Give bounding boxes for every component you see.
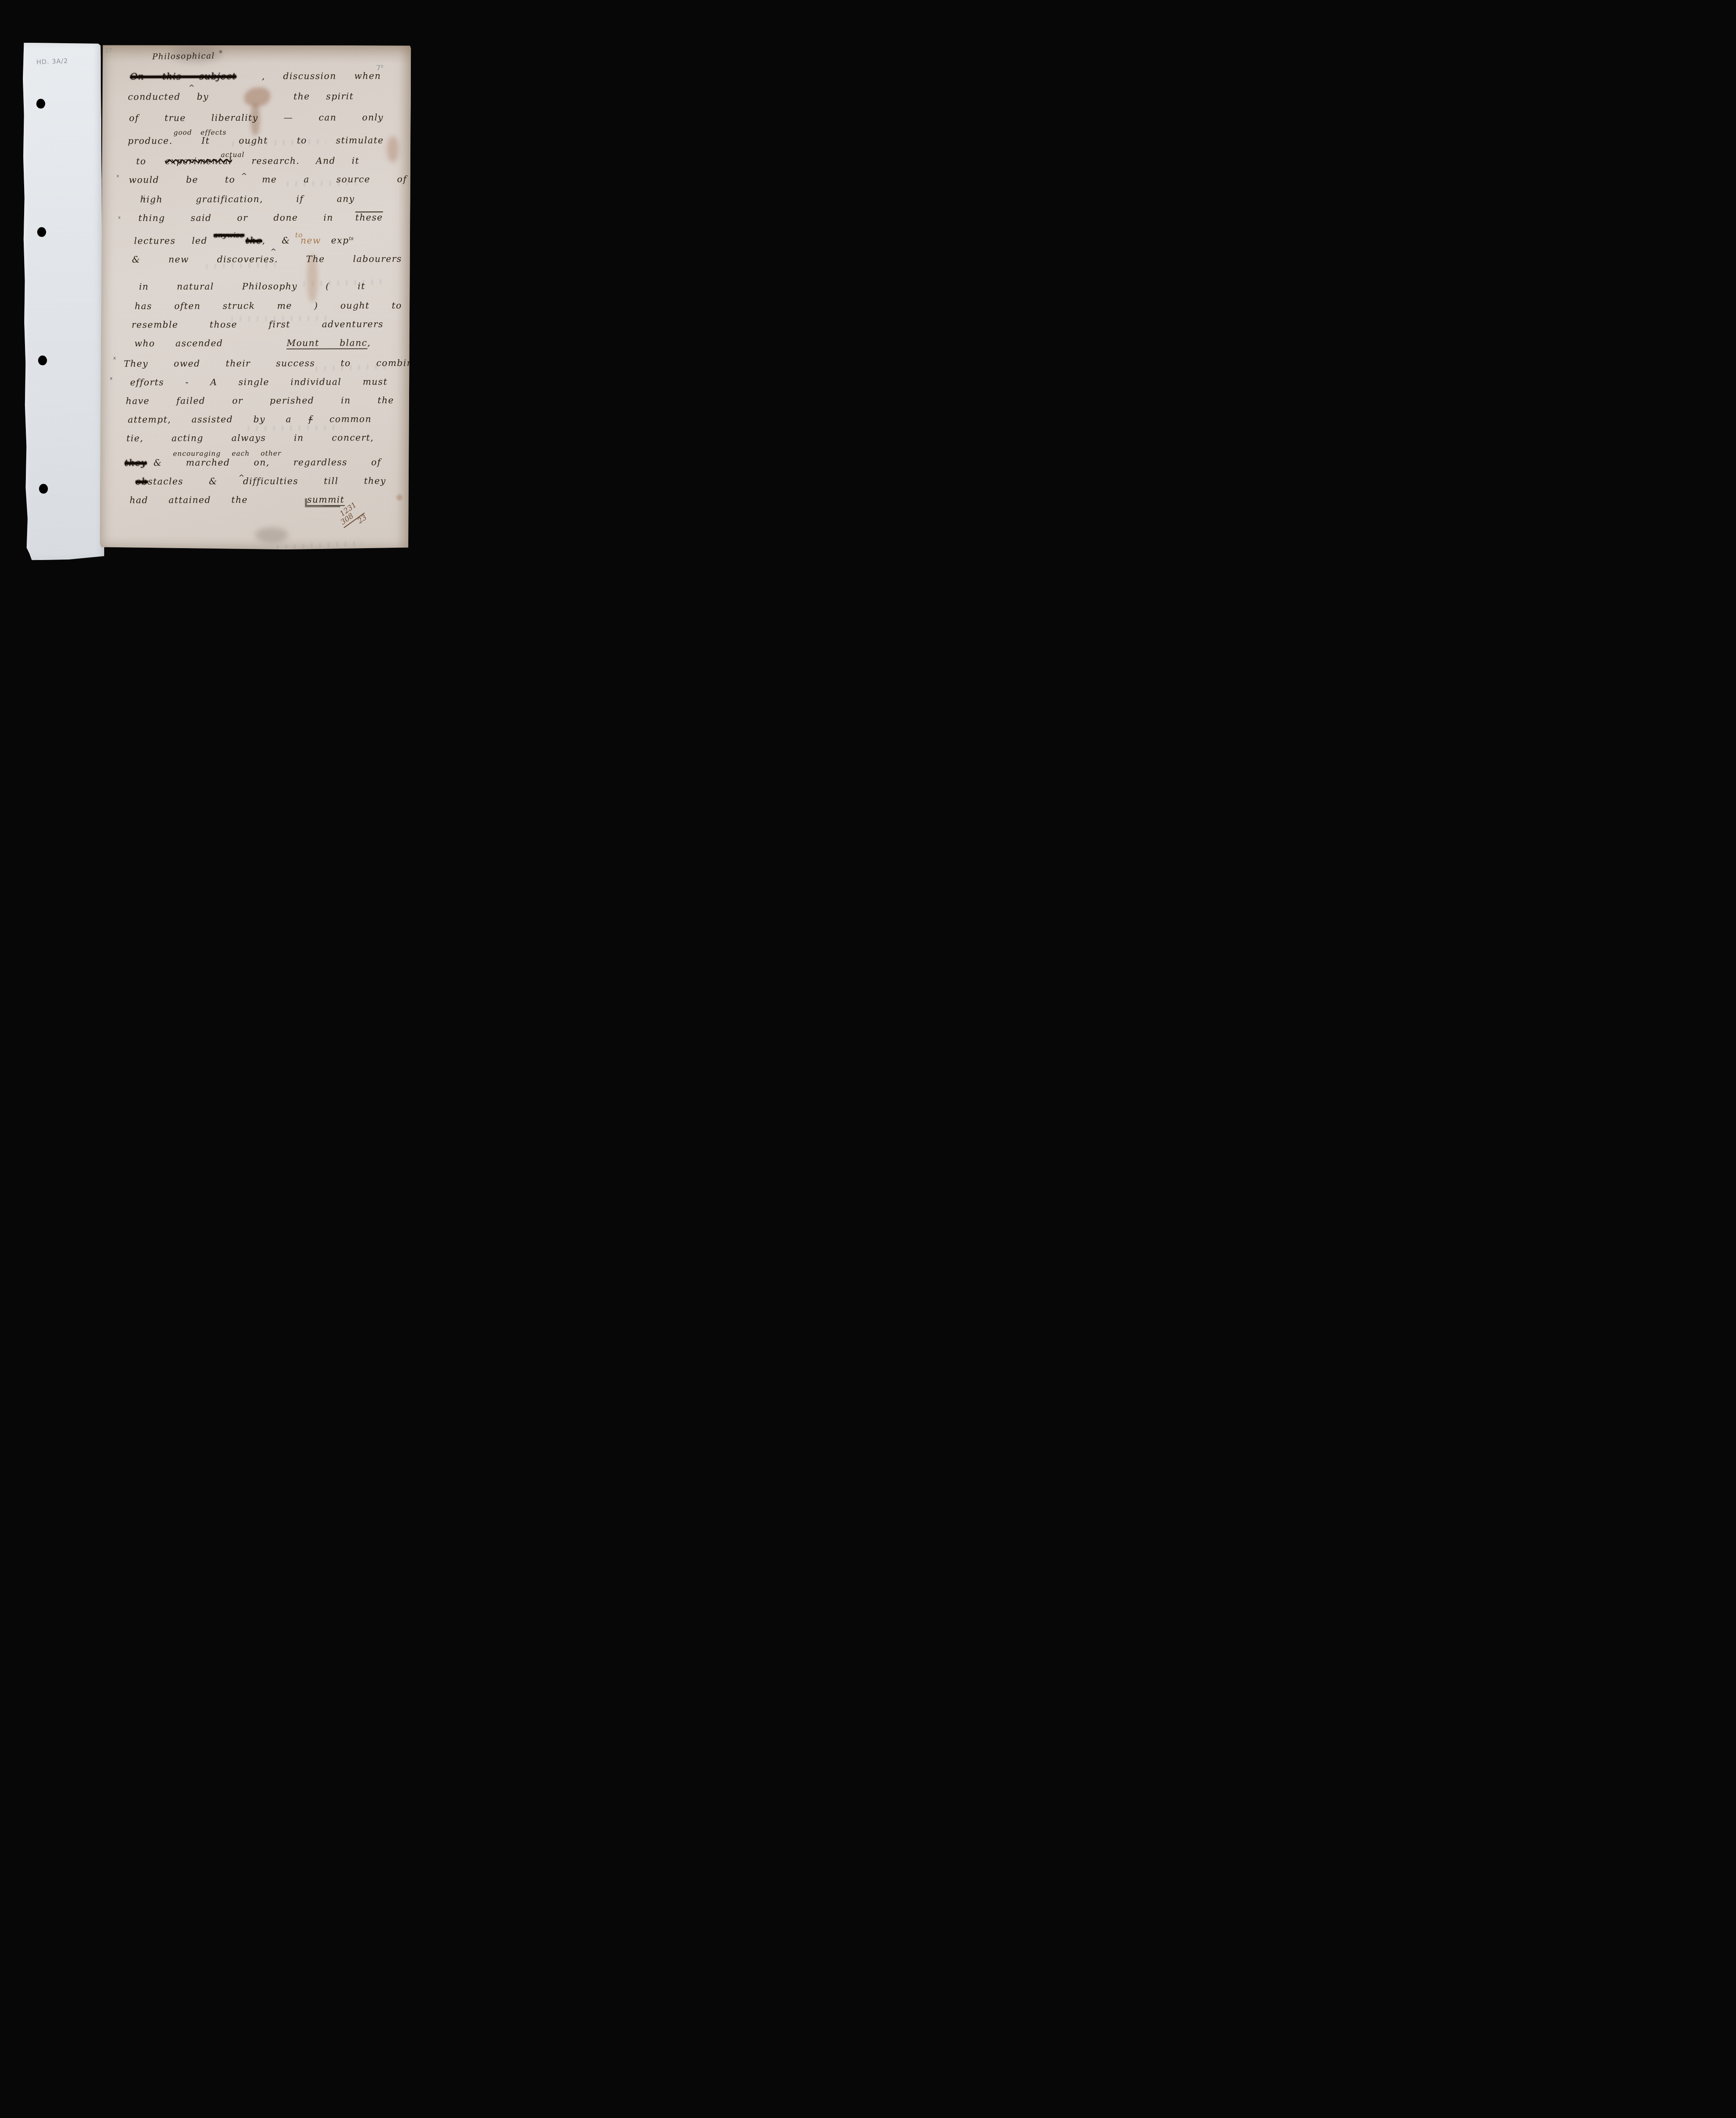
heading-text: Philosophical <box>152 51 215 61</box>
handwritten-line: thing said or done inthese <box>138 212 383 223</box>
handwritten-line: who ascendedMount blanc, <box>134 338 371 348</box>
stain <box>396 494 402 500</box>
line-text: who ascended <box>134 338 223 349</box>
handwritten-line: resemble those first adventurers <box>132 319 384 330</box>
handwritten-line: have failed or perished in the <box>126 395 394 406</box>
margin-tick: x <box>116 174 119 179</box>
overlined-text: these <box>355 212 383 222</box>
line-text: , <box>367 338 371 348</box>
handwritten-line: of true liberality — can only <box>129 112 384 123</box>
line-text: thing said or done in <box>138 213 333 223</box>
line-text: has often struck me ) ought to <box>135 300 402 311</box>
line-text: , discussion when <box>262 71 381 81</box>
underlined-text: summit <box>307 494 344 506</box>
pencil-folio-superscript: 0 <box>381 64 383 69</box>
line-text: encouraging each other <box>173 449 281 457</box>
line-text: attempt, assisted by a <box>128 414 292 425</box>
line-text: stacles & difficulties till they <box>148 476 386 486</box>
page-heading: Philosophical <box>152 51 215 61</box>
handwritten-line: obstacles & difficulties till they <box>136 476 386 487</box>
manuscript-page: 17 70 + x x x x Philosophical On this su… <box>100 44 411 550</box>
top-edge-dirt <box>102 44 411 64</box>
struck-text: f <box>309 414 313 424</box>
line-text: produce. It ought to stimulate <box>128 135 384 146</box>
underlined-text: Mount blanc <box>287 338 368 349</box>
stain <box>219 50 222 53</box>
line-text: high gratification, if any <box>140 194 355 204</box>
line-text: had attained the <box>130 495 248 505</box>
line-text: efforts - A single individual must <box>130 377 388 388</box>
handwritten-line: has often struck me ) ought to <box>135 300 402 311</box>
handwritten-line: had attained thesummit <box>130 494 345 505</box>
punch-hole <box>38 355 47 365</box>
handwritten-line: attempt, assisted by afcommon <box>128 414 372 425</box>
stain <box>387 136 399 162</box>
handwritten-line: lectures ledthe, &newexpts <box>134 235 354 246</box>
line-text: to <box>136 156 146 166</box>
handwritten-line: conducted bythe spirit <box>128 91 354 102</box>
right-edge-dirt <box>396 45 411 550</box>
line-text: resemble those first adventurers <box>132 319 384 330</box>
punch-hole <box>37 227 46 237</box>
handwritten-line: efforts - A single individual must <box>130 377 388 388</box>
line-text: of true liberality — can only <box>129 112 384 123</box>
margin-tick: x <box>110 376 113 381</box>
handwritten-line: they& marched on, regardless of <box>125 457 381 468</box>
line-text: would be to me a source of <box>129 174 407 185</box>
margin-tick: x <box>113 355 116 361</box>
line-text: conducted by <box>128 91 209 102</box>
line-text: , & <box>262 236 291 246</box>
struck-text: they <box>125 458 147 468</box>
show-through-writing <box>273 541 362 550</box>
handwritten-line: toexperimentalresearch. And it <box>136 155 359 166</box>
struck-text: the <box>246 236 262 246</box>
punch-hole <box>39 484 48 493</box>
struck-text: ob <box>136 477 148 487</box>
handwritten-line: in natural Philosophy ( it <box>139 281 365 291</box>
margin-tick: x <box>118 216 121 220</box>
line-text: & new discoveries. The labourers <box>132 254 402 265</box>
faded-text: new <box>300 236 321 246</box>
struck-text: On this subject <box>130 71 236 82</box>
handwritten-line: On this subject, discussion when <box>130 71 381 82</box>
line-text: lectures led <box>134 236 208 246</box>
show-through-writing <box>244 425 342 431</box>
handwritten-line: & new discoveries. The labourers <box>132 254 402 265</box>
manuscript-photograph: HD. 3A/2 17 70 + x x x x <box>0 0 434 588</box>
superscript-text: ts <box>349 235 354 241</box>
line-text: tie, acting always in concert, <box>127 432 374 444</box>
handwritten-line: tie, acting always in concert, <box>127 432 374 444</box>
archival-reference-label: HD. 3A/2 <box>36 57 68 66</box>
handwritten-line: high gratification, if any <box>140 194 355 204</box>
insertion-caret: ^ <box>188 83 194 92</box>
line-text: have failed or perished in the <box>126 395 394 406</box>
archival-paper-strip: HD. 3A/2 <box>22 42 105 560</box>
pencil-page-number: 17 <box>105 47 113 54</box>
line-text: common <box>329 414 371 424</box>
line-text: research. And it <box>252 155 360 166</box>
line-text: exp <box>331 235 349 245</box>
struck-text: experimental <box>165 156 232 166</box>
handwritten-line: produce. It ought to stimulate <box>128 135 384 146</box>
line-text: in natural Philosophy ( it <box>139 281 365 291</box>
handwritten-line: They owed their success to combined <box>124 358 425 369</box>
punch-hole <box>36 99 45 108</box>
line-text: & marched on, regardless of <box>154 457 381 468</box>
line-text: the spirit <box>293 91 354 101</box>
stain <box>255 527 288 543</box>
line-text: They owed their success to combined <box>124 358 425 369</box>
handwritten-line: would be to me a source of <box>129 174 407 185</box>
interline-insertion: encouraging each other <box>173 449 281 457</box>
